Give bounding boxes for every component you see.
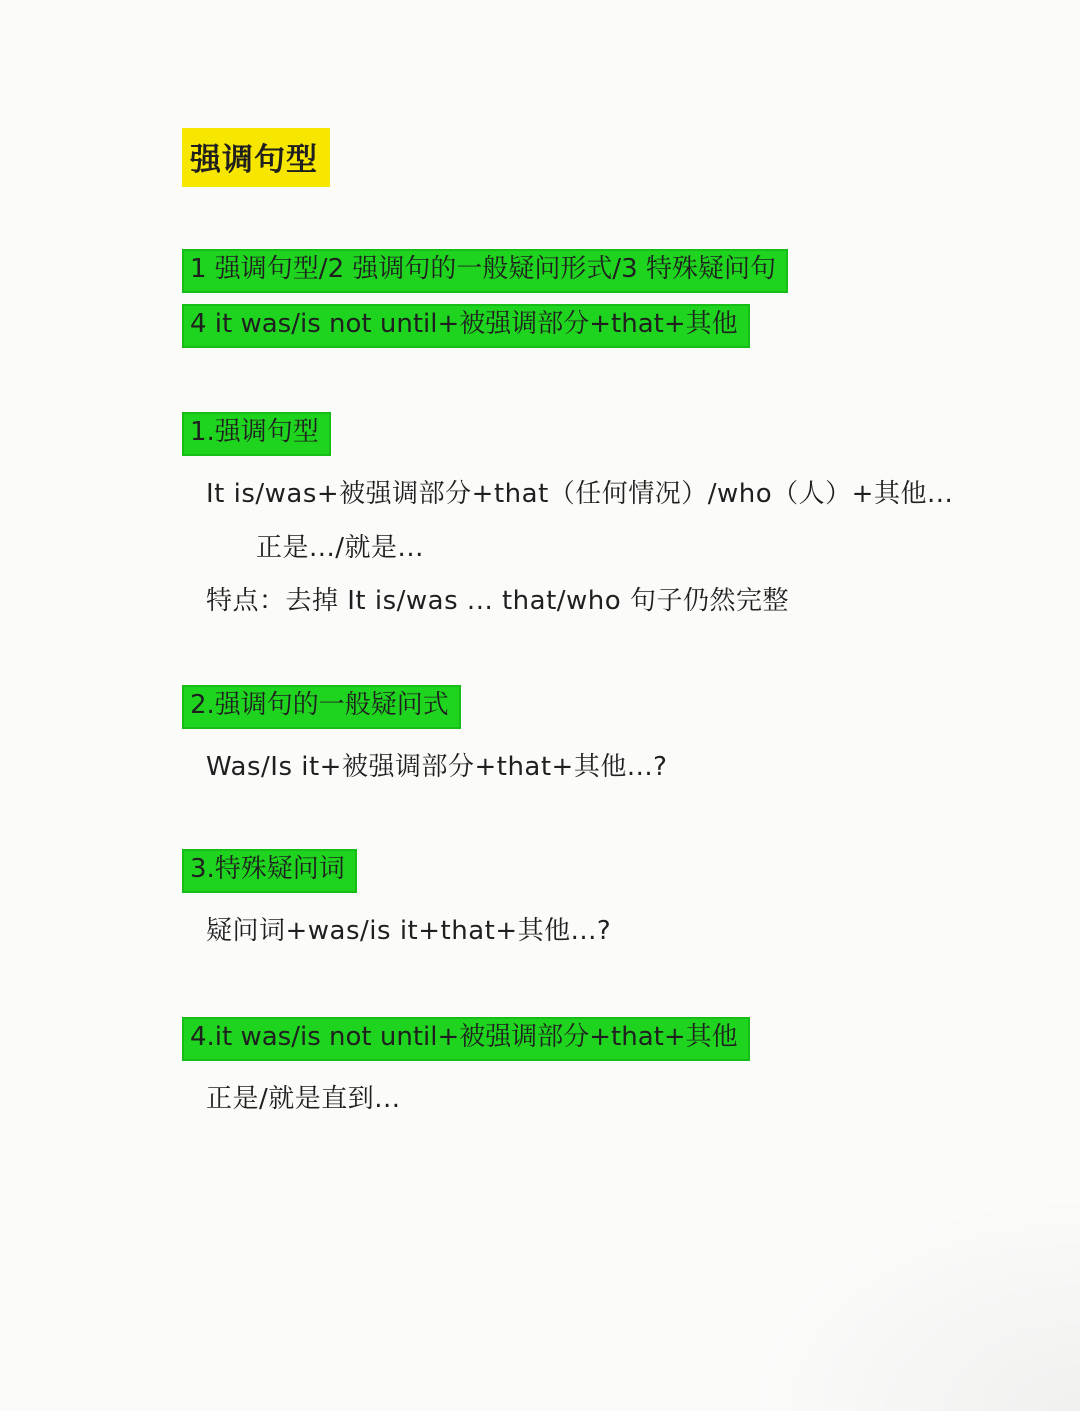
summary-row: 1 强调句型/2 强调句的一般疑问形式/3 特殊疑问句: [182, 249, 1020, 293]
section-emphasis-pattern: 1.强调句型 It is/was+被强调部分+that（任何情况）/who（人）…: [182, 412, 1020, 618]
section-heading: 2.强调句的一般疑问式: [182, 685, 461, 729]
section-heading: 4.it was/is not until+被强调部分+that+其他: [182, 1017, 750, 1061]
section-general-question: 2.强调句的一般疑问式 Was/Is it+被强调部分+that+其他...?: [182, 685, 1020, 783]
section-not-until: 4.it was/is not until+被强调部分+that+其他 正是/就…: [182, 1017, 1020, 1115]
section-line: 正是/就是直到...: [206, 1085, 1020, 1115]
page-title: 强调句型: [182, 128, 330, 187]
section-line: 特点：去掉 It is/was ... that/who 句子仍然完整: [206, 587, 1020, 617]
summary-line: 4 it was/is not until+被强调部分+that+其他: [182, 304, 750, 348]
section-line: 正是.../就是...: [256, 534, 1020, 564]
section-line: It is/was+被强调部分+that（任何情况）/who（人）+其他...: [206, 480, 1020, 510]
document-page: 强调句型 1 强调句型/2 强调句的一般疑问形式/3 特殊疑问句 4 it wa…: [0, 0, 1080, 1115]
section-line: Was/Is it+被强调部分+that+其他...?: [206, 753, 1020, 783]
summary-line: 1 强调句型/2 强调句的一般疑问形式/3 特殊疑问句: [182, 249, 788, 293]
section-special-question: 3.特殊疑问词 疑问词+was/is it+that+其他...?: [182, 849, 1020, 947]
section-line: 疑问词+was/is it+that+其他...?: [206, 917, 1020, 947]
summary-block: 1 强调句型/2 强调句的一般疑问形式/3 特殊疑问句 4 it was/is …: [182, 249, 1020, 348]
summary-row: 4 it was/is not until+被强调部分+that+其他: [182, 304, 1020, 348]
section-heading: 1.强调句型: [182, 412, 331, 456]
section-heading: 3.特殊疑问词: [182, 849, 357, 893]
